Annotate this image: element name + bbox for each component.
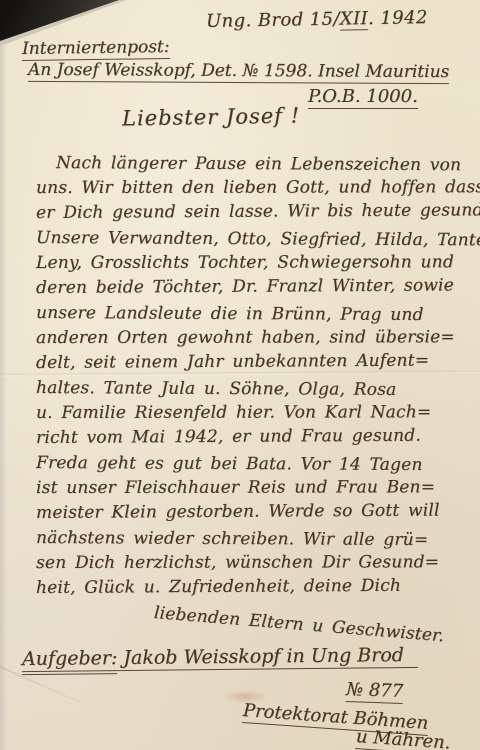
date-suffix: . 1942: [368, 7, 428, 29]
body-line: uns. Wir bitten den lieben Gott, und hof…: [36, 175, 468, 201]
date-month: XII: [340, 8, 369, 30]
sender-name: Jakob Weisskopf in Ung Brod: [117, 644, 418, 671]
salutation: Liebster Josef !: [122, 103, 300, 130]
date-line: Ung. Brod 15/XII. 1942: [206, 7, 428, 32]
body-line: Leny, Grosslichts Tochter, Schwiegersohn…: [36, 250, 468, 276]
sender-region-line2: u Mähren.: [355, 726, 451, 750]
closing-line: liebenden Eltern u Geschwister.: [153, 601, 468, 651]
date-prefix: Ung. Brod 15/: [206, 9, 340, 32]
body-line: anderen Orten gewohnt haben, sind übersi…: [36, 325, 468, 351]
sender-label: Aufgeber:: [22, 647, 118, 675]
body-line: Unsere Verwandten, Otto, Siegfried, Hild…: [36, 226, 468, 253]
post-type-label: Interniertenpost:: [22, 37, 170, 59]
body-line: meister Klein gestorben. Werde so Gott w…: [36, 498, 468, 526]
body-line: ist unser Fleischhauer Reis und Frau Ben…: [36, 475, 468, 501]
body-line: Nach längerer Pause ein Lebenszeichen vo…: [36, 151, 468, 178]
body-line: heit, Glück u. Zufriedenheit, deine Dich: [36, 573, 468, 601]
body-line: u. Familie Riesenfeld hier. Von Karl Nac…: [36, 400, 468, 426]
body-line: nächstens wieder schreiben. Wir alle grü…: [36, 526, 468, 553]
body-line: Freda geht es gut bei Bata. Vor 14 Tagen: [36, 451, 468, 478]
address-line: An Josef Weisskopf, Det. № 1598. Insel M…: [28, 60, 449, 82]
letter-page: Ung. Brod 15/XII. 1942 Interniertenpost:…: [0, 0, 480, 750]
body-line: haltes. Tante Jula u. Söhne, Olga, Rosa: [36, 376, 468, 403]
body-line: delt, seit einem Jahr unbekannten Aufent…: [36, 348, 468, 376]
sender-line: Aufgeber: Jakob Weisskopf in Ung Brod: [22, 644, 418, 670]
sender-number: № 877: [346, 679, 404, 702]
body-line: er Dich gesund sein lasse. Wir bis heute…: [36, 198, 468, 226]
body-line: richt vom Mai 1942, er und Frau gesund.: [36, 423, 468, 451]
pob-line: P.O.B. 1000.: [308, 86, 418, 107]
letter-body: Nach längerer Pause ein Lebenszeichen vo…: [36, 151, 468, 626]
body-line: sen Dich herzlichst, wünschen Dir Gesund…: [36, 550, 468, 576]
body-line: deren beide Töchter, Dr. Franzl Winter, …: [36, 273, 468, 301]
body-line: unsere Landsleute die in Brünn, Prag und: [36, 301, 468, 328]
